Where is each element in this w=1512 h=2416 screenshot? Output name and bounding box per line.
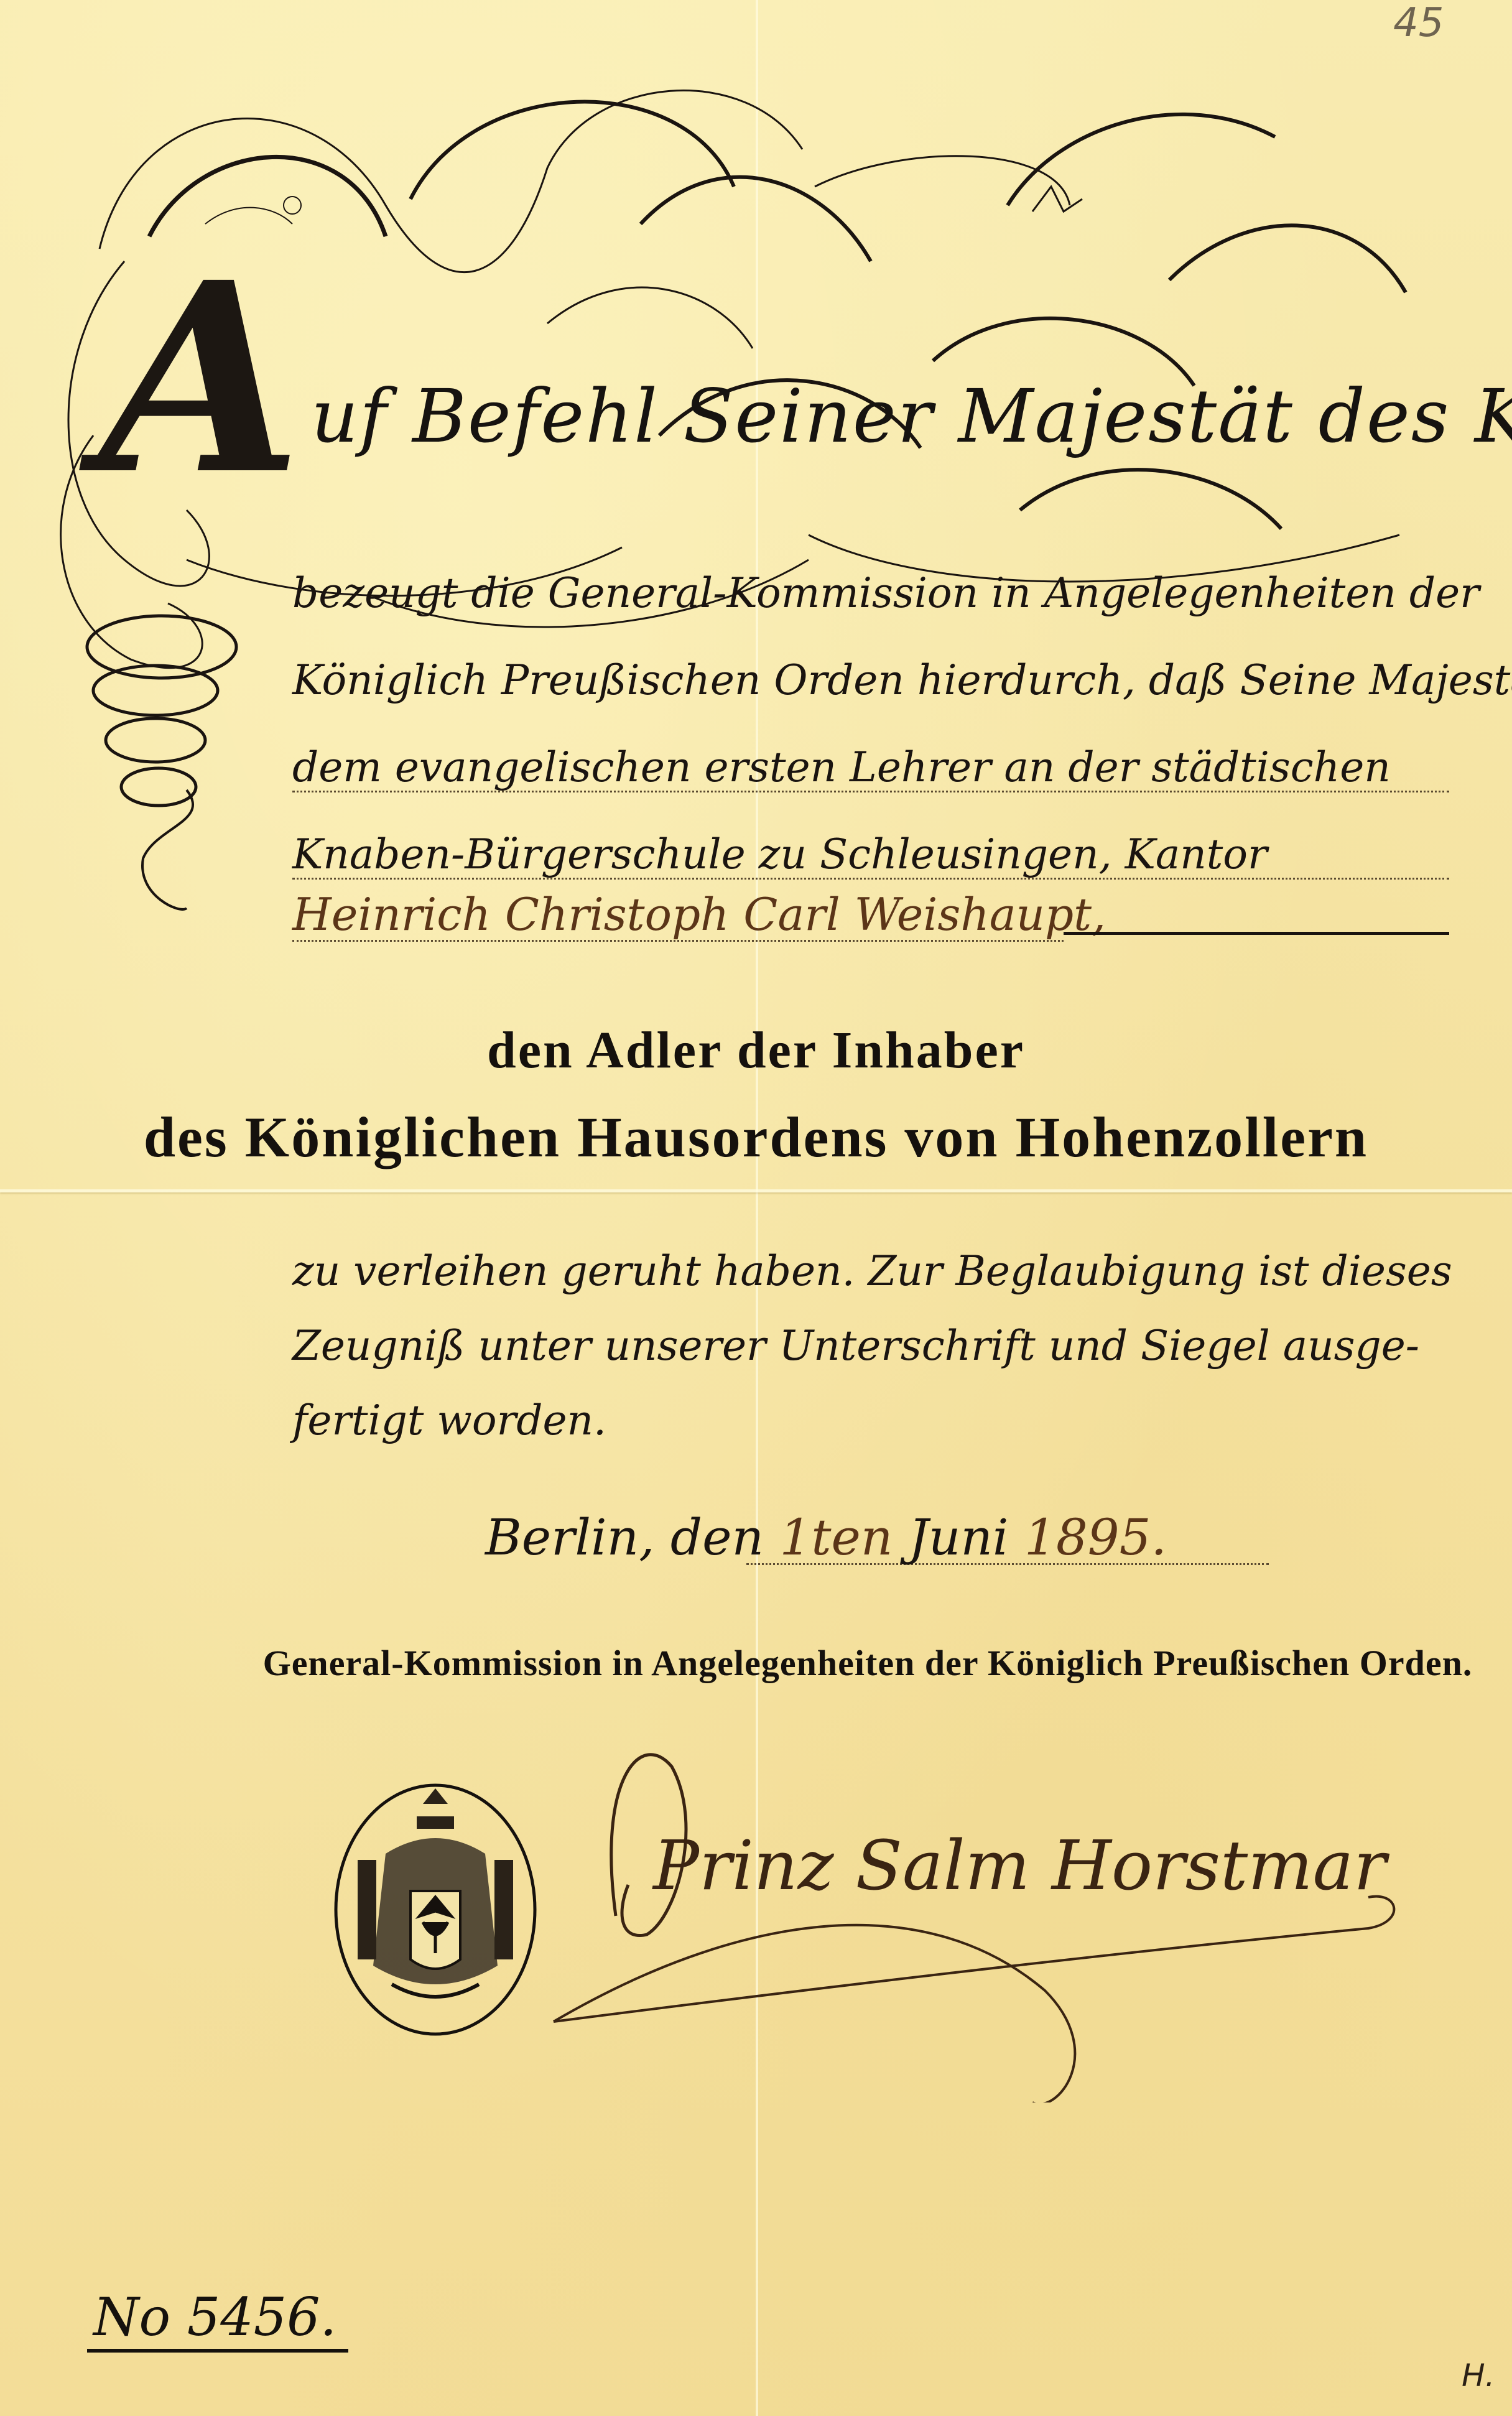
horizontal-fold-crease — [0, 1189, 1512, 1192]
number-underline — [87, 2349, 348, 2353]
heading-initial: A — [100, 249, 302, 510]
year: 1895. — [1024, 1508, 1167, 1566]
signature-strokes — [547, 1729, 1480, 2102]
prussian-coat-of-arms-seal-icon — [330, 1779, 541, 2040]
place: Berlin, den — [485, 1508, 764, 1566]
day: 1ten — [779, 1508, 893, 1566]
heading-text: uf Befehl Seiner Majestät des Königs — [311, 373, 1512, 459]
award-line-2: des Königlichen Hausordens von Hohenzoll… — [0, 1104, 1512, 1170]
place-date-line: Berlin, den 1ten Juni 1895. — [485, 1505, 1269, 1574]
body-line: bezeugt die General-Kommission in Angele… — [292, 566, 1449, 622]
issuer-line: General-Kommission in Angelegenheiten de… — [261, 1642, 1474, 1684]
corner-initials: H. — [1462, 2358, 1495, 2394]
closing-line: Zeugniß unter unserer Unterschrift und S… — [292, 1319, 1449, 1375]
closing-line: fertigt worden. — [292, 1393, 1449, 1449]
document-heading: A uf Befehl Seiner Majestät des Königs — [75, 336, 1443, 498]
certificate-number-text: No 5456. — [93, 2287, 336, 2348]
recipient-name: Heinrich Christoph Carl Weishaupt, — [292, 888, 1106, 941]
body-line-filled: dem evangelischen ersten Lehrer an der s… — [292, 740, 1449, 796]
closing-rule — [1064, 932, 1449, 935]
body-line-filled: Knaben-Bürgerschule zu Schleusingen, Kan… — [292, 827, 1449, 883]
closing-line: zu verleihen geruht haben. Zur Beglaubig… — [292, 1244, 1449, 1300]
signature-text: Prinz Salm Horstmar — [653, 1826, 1386, 1905]
month: Juni — [909, 1508, 1009, 1566]
certificate-number: No 5456. — [87, 2264, 348, 2364]
body-line: Königlich Preußischen Orden hierdurch, d… — [292, 653, 1449, 709]
award-line-1: den Adler der Inhaber — [0, 1020, 1512, 1080]
recipient-name-line: Heinrich Christoph Carl Weishaupt, — [292, 890, 1064, 945]
